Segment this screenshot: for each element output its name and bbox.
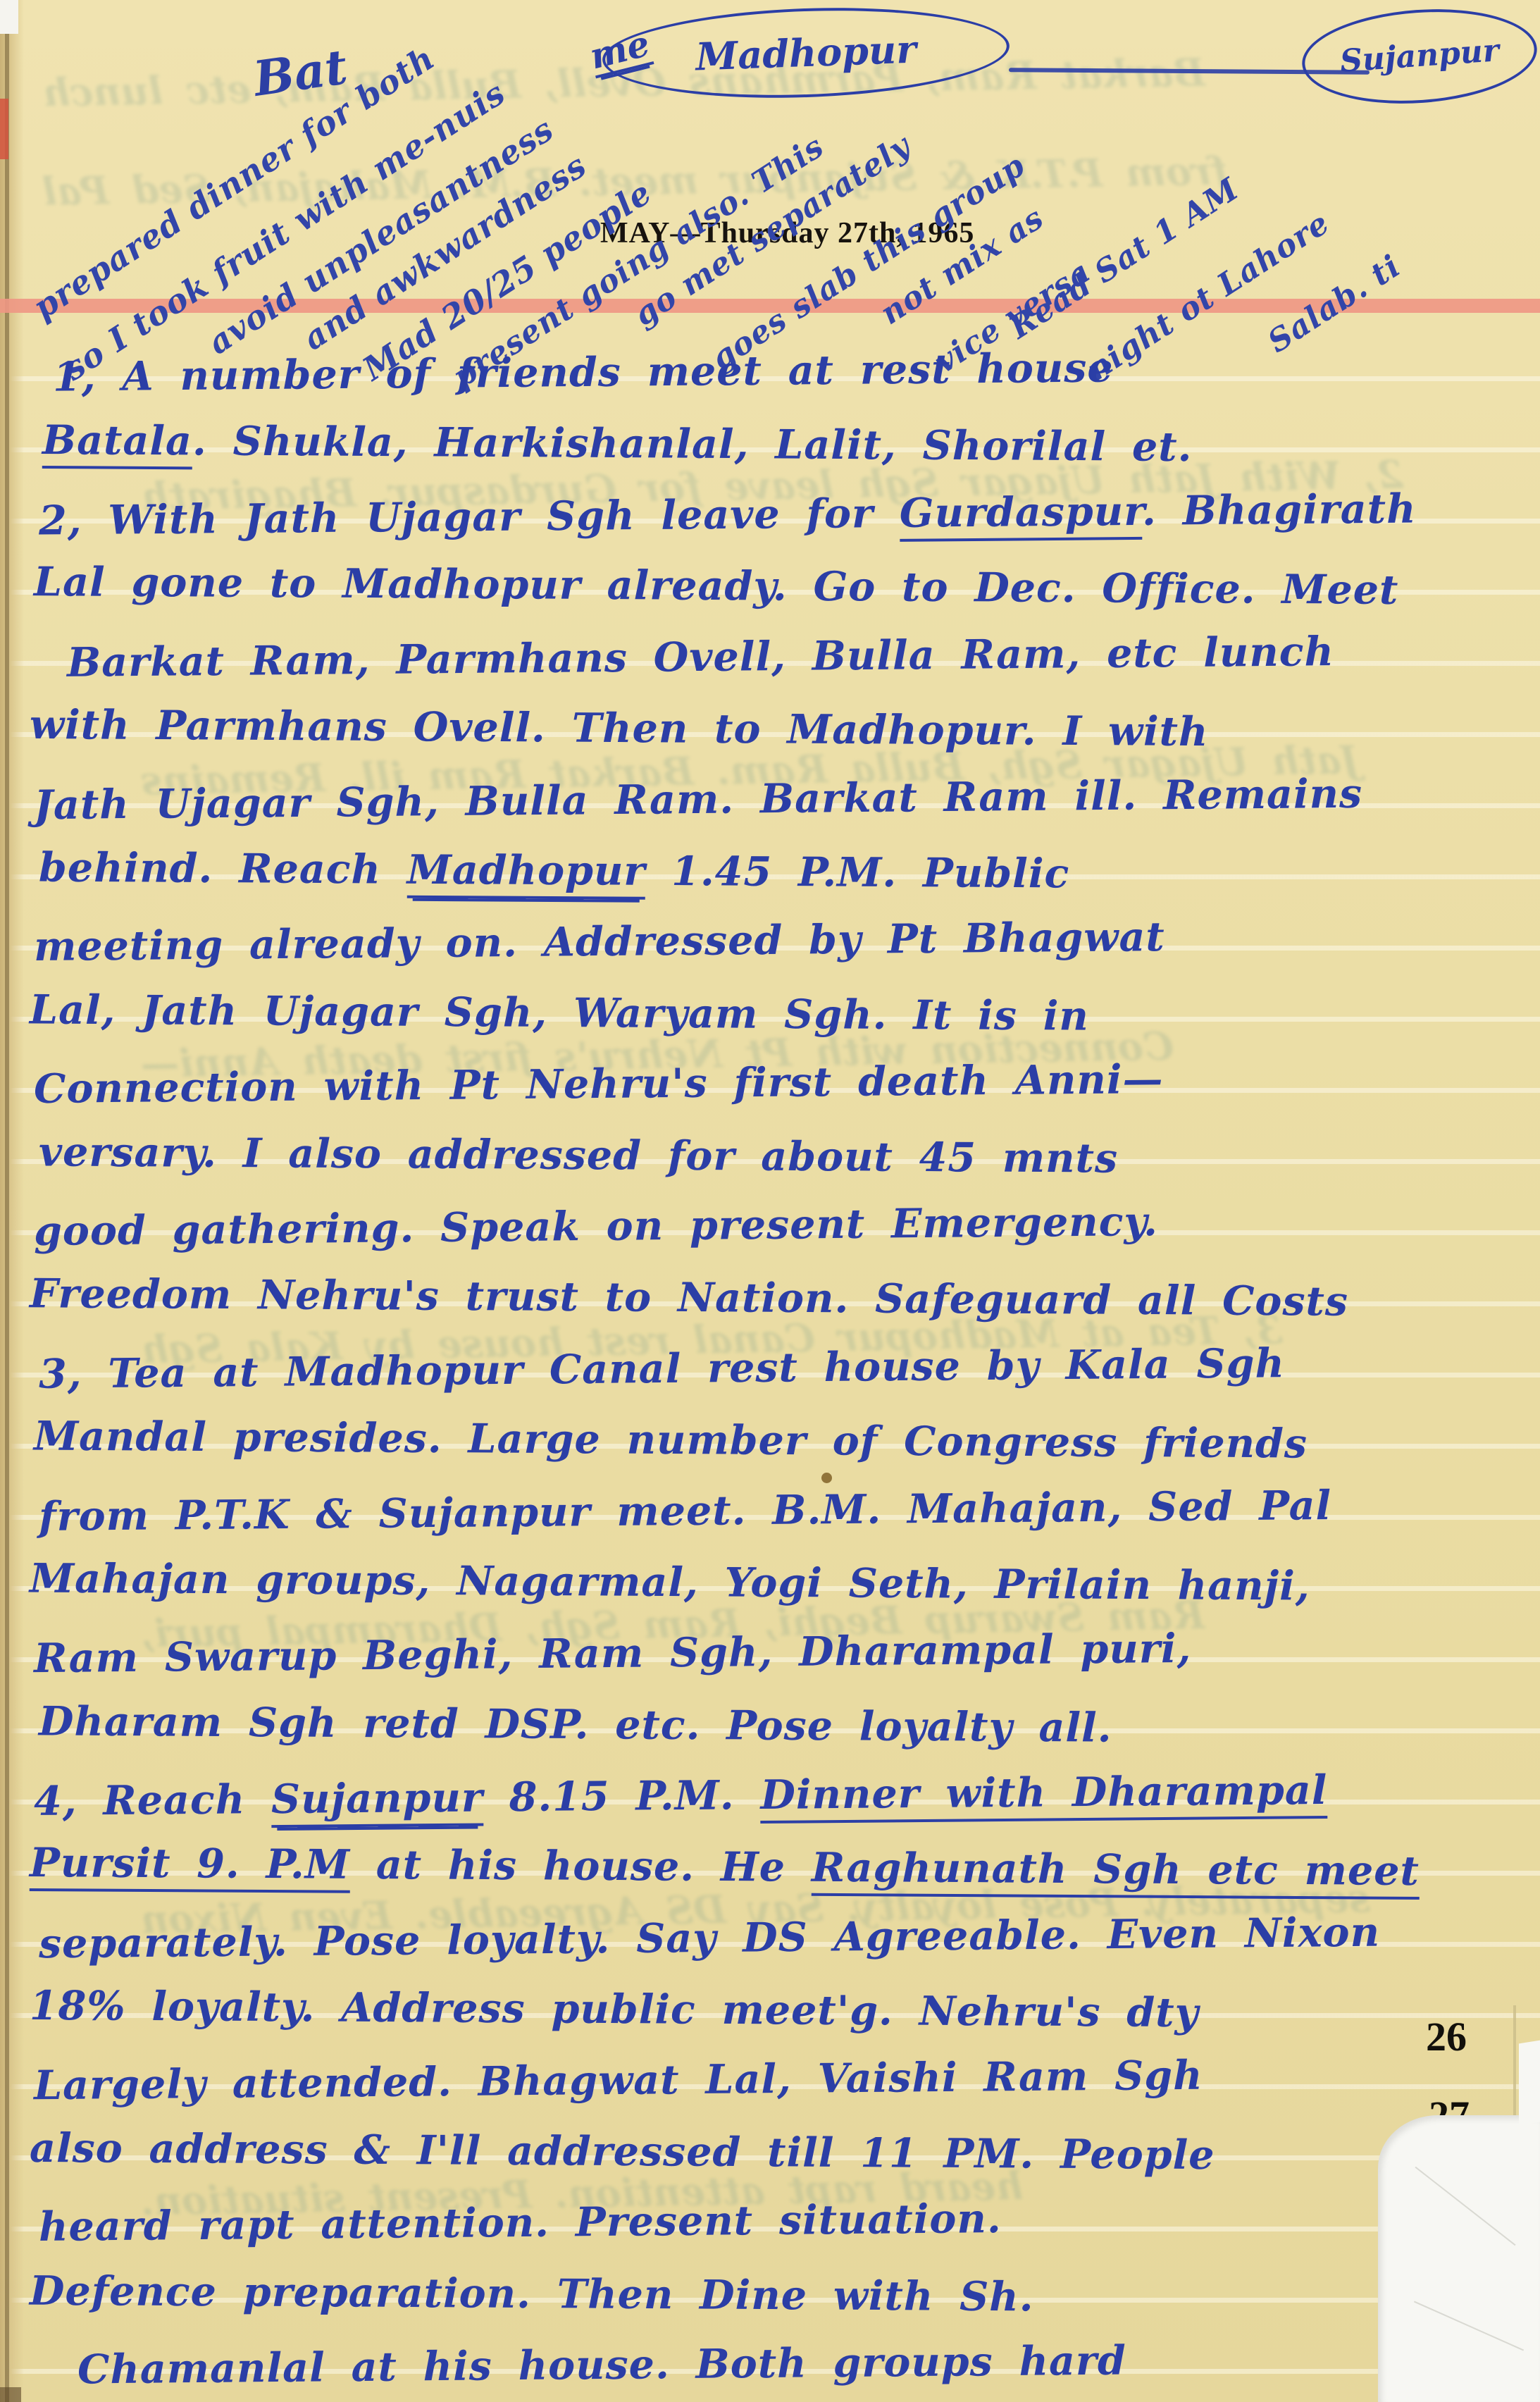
diary-line: with Parmhans Ovell. Then to Madhopur. I… [30, 705, 1209, 752]
diary-line: heard rapt attention. Present situation. [39, 2198, 1002, 2247]
diary-line: Lal gone to Madhopur already. Go to Dec.… [34, 562, 1399, 610]
diary-text: at his house. He [350, 1841, 812, 1891]
diary-text: 2, With Jath Ujagar Sgh leave for [39, 490, 900, 545]
diary-text: Defence preparation. Then Dine with Sh. [30, 2267, 1034, 2321]
underlined-word: Gurdaspur [900, 488, 1143, 542]
diary-line: separately. Pose loyalty. Say DS Agreeab… [39, 1912, 1380, 1964]
binding-edge [0, 0, 24, 2402]
diary-line: Dharam Sgh retd DSP. etc. Pose loyalty a… [39, 1701, 1112, 1747]
diary-line: 4, Reach Sujanpur 8.15 P.M. Dinner with … [34, 1770, 1328, 1821]
left-edge-red-mark [0, 99, 8, 159]
diary-text: Lal gone to Madhopur already. Go to Dec.… [34, 558, 1399, 614]
diary-line: Ram Swarup Beghi, Ram Sgh, Dharampal pur… [34, 1628, 1192, 1678]
diary-line: versary. I also addressed for about 45 m… [39, 1132, 1118, 1178]
diary-text: . Shukla, Harkishanlal, Lalit, Shorilal … [192, 417, 1193, 471]
diary-line: behind. Reach Madhopur 1.45 P.M. Public [39, 848, 1070, 894]
diary-page: 2, With Jath Ujagar Sgh leave for Gurdas… [0, 0, 1540, 2402]
torn-edge-sliver [1519, 2041, 1540, 2126]
diary-text: behind. Reach [39, 844, 407, 893]
underlined-word: Raghunath Sgh etc meet [812, 1844, 1420, 1900]
diary-text: 4, Reach [34, 1776, 271, 1825]
ink-fleck [821, 1473, 832, 1483]
diary-text: from P.T.K & Sujanpur meet. B.M. Mahajan… [39, 1482, 1332, 1540]
underlined-word: Sujanpur [271, 1773, 484, 1828]
circled-word-madhopur-label: Madhopur [695, 30, 917, 76]
diary-text: Largely attended. Bhagwat Lal, Vaishi Ra… [34, 2052, 1203, 2109]
diary-text: versary. I also addressed for about 45 m… [39, 1128, 1118, 1182]
diary-text: Barkat Ram, Parmhans Ovell, Bulla Ram, e… [67, 628, 1334, 686]
diary-line: Lal, Jath Ujagar Sgh, Waryam Sgh. It is … [30, 989, 1089, 1036]
diary-line: Barkat Ram, Parmhans Ovell, Bulla Ram, e… [67, 631, 1334, 683]
diary-line: 3, Tea at Madhopur Canal rest house by K… [39, 1343, 1285, 1394]
diary-line: Pursit 9. P.M at his house. He Raghunath… [30, 1843, 1420, 1891]
diary-text: also address & I'll addressed till 11 PM… [30, 2124, 1215, 2179]
diary-line: Mahajan groups, Nagarmal, Yogi Seth, Pri… [30, 1558, 1310, 1606]
torn-corner [1378, 2115, 1540, 2402]
diary-line: 1, A number of friends meet at rest hous… [53, 347, 1114, 397]
diary-text: . Bhagirath [1142, 485, 1417, 534]
diary-text: 1, A number of friends meet at rest hous… [53, 344, 1114, 400]
diary-line: 2, With Jath Ujagar Sgh leave for Gurdas… [39, 488, 1417, 540]
diary-text: 18% loyalty. Address public meet'g. Nehr… [30, 1982, 1199, 2036]
diary-text: Freedom Nehru's trust to Nation. Safegua… [30, 1270, 1348, 1325]
tab-edge-shadow [1513, 2005, 1516, 2118]
diary-text: with Parmhans Ovell. Then to Madhopur. I… [30, 701, 1209, 755]
diary-text: Mandal presides. Large number of Congres… [34, 1412, 1308, 1467]
diary-text: good gathering. Speak on present Emergen… [34, 1198, 1158, 1255]
diary-line: Defence preparation. Then Dine with Sh. [30, 2271, 1034, 2317]
diary-text: 3, Tea at Madhopur Canal rest house by K… [39, 1339, 1285, 1397]
diary-line: Batala. Shukla, Harkishanlal, Lalit, Sho… [42, 420, 1193, 467]
diary-line: Chamanlal at his house. Both groups hard [77, 2341, 1126, 2390]
diary-line: Connection with Pt Nehru's first death A… [34, 1059, 1164, 1109]
diary-line: Mandal presides. Large number of Congres… [34, 1416, 1308, 1463]
underlined-word: Batala [42, 416, 192, 469]
diary-line: 18% loyalty. Address public meet'g. Nehr… [30, 1986, 1199, 2033]
underlined-word: Madhopur [407, 846, 646, 900]
diary-text: Dharam Sgh retd DSP. etc. Pose loyalty a… [39, 1697, 1112, 1751]
diagonal-annotation: night ot Lahore [1082, 207, 1335, 386]
diary-line: Freedom Nehru's trust to Nation. Safegua… [30, 1273, 1348, 1321]
underlined-word: Dinner with Dharampal [760, 1766, 1328, 1824]
diary-line: good gathering. Speak on present Emergen… [34, 1201, 1158, 1251]
diary-text: heard rapt attention. Present situation. [39, 2195, 1002, 2251]
diary-text: meeting already on. Addressed by Pt Bhag… [34, 913, 1165, 970]
diary-text: 8.15 P.M. [483, 1771, 761, 1821]
page-number-26: 26 [1426, 2017, 1467, 2057]
diagonal-annotation: Read Sat 1 AM [1005, 173, 1244, 344]
binding-crease [5, 0, 9, 2402]
circled-word-sujanpur: Sujanpur [1299, 2, 1540, 111]
diary-line: Largely attended. Bhagwat Lal, Vaishi Ra… [34, 2055, 1203, 2105]
diary-text: Mahajan groups, Nagarmal, Yogi Seth, Pri… [30, 1554, 1310, 1609]
diary-line: from P.T.K & Sujanpur meet. B.M. Mahajan… [39, 1485, 1332, 1537]
top-left-notch [0, 0, 18, 34]
diary-text: Ram Swarup Beghi, Ram Sgh, Dharampal pur… [34, 1625, 1192, 1682]
diary-text: Chamanlal at his house. Both groups hard [77, 2337, 1126, 2394]
underlined-word: Pursit 9. P.M [30, 1839, 350, 1893]
diary-line: also address & I'll addressed till 11 PM… [30, 2128, 1215, 2175]
bottom-left-edge-mark [0, 2387, 21, 2402]
diary-text: Connection with Pt Nehru's first death A… [34, 1055, 1164, 1113]
diary-line: Jath Ujagar Sgh, Bulla Ram. Barkat Ram i… [34, 774, 1363, 825]
diary-line: meeting already on. Addressed by Pt Bhag… [34, 917, 1165, 967]
diary-text: Lal, Jath Ujagar Sgh, Waryam Sgh. It is … [30, 986, 1089, 1039]
diary-text: 1.45 P.M. Public [645, 848, 1069, 898]
